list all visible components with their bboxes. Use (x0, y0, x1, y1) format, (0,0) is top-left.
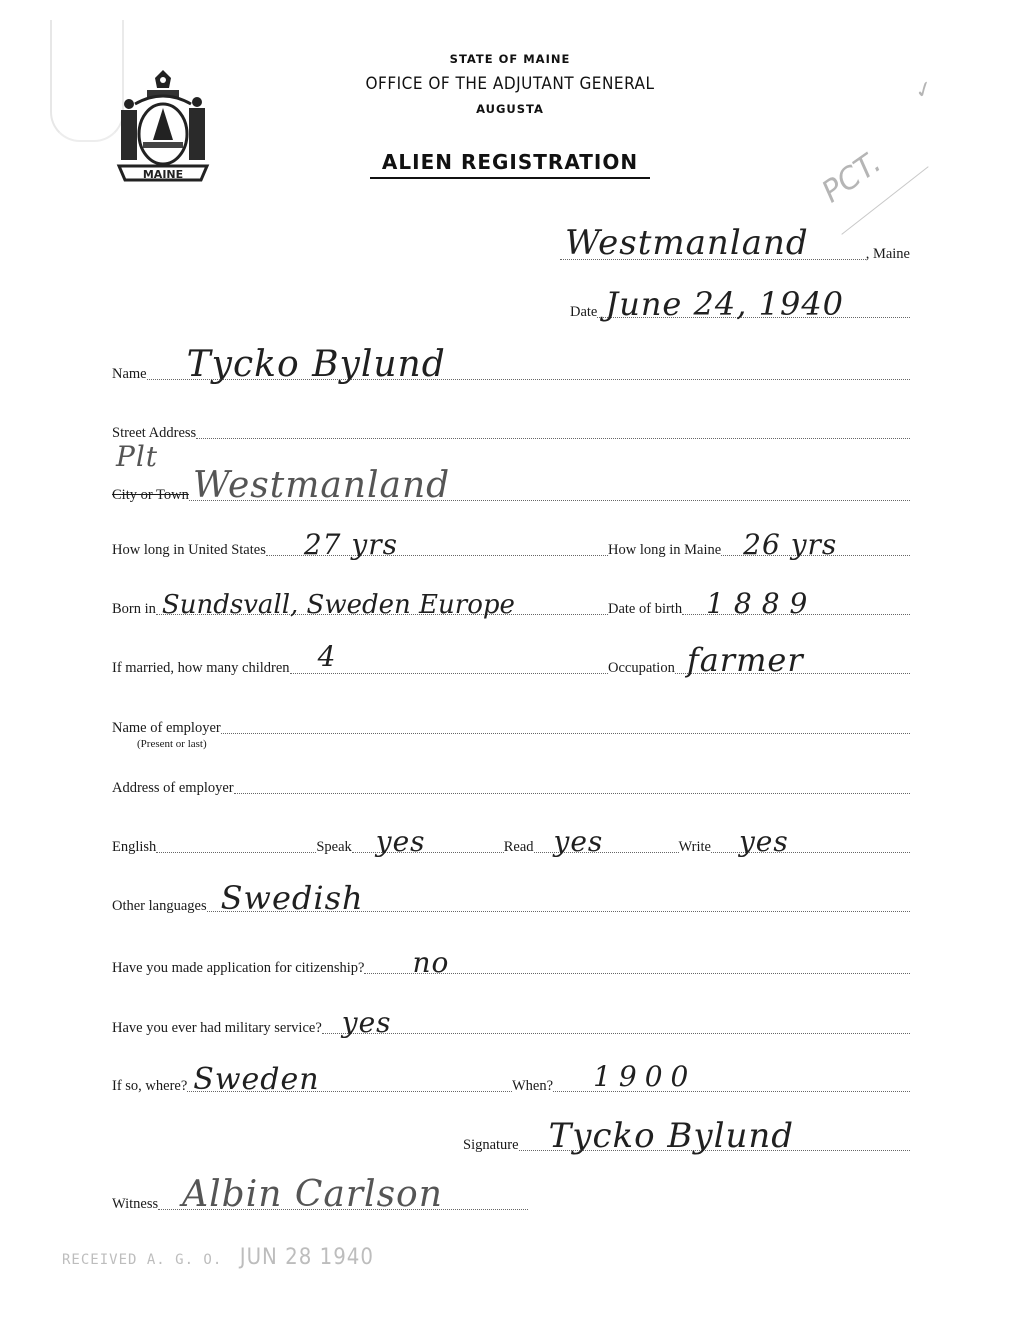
where-label: If so, where? (112, 1078, 187, 1095)
header-city: AUGUSTA (330, 102, 690, 116)
born-in-value: Sundsvall, Sweden Europe (162, 590, 515, 620)
citizenship-value: no (412, 946, 449, 979)
military-service-value: yes (342, 1006, 392, 1039)
military-service-field[interactable]: Have you ever had military service? yes (112, 1020, 910, 1037)
english-label: English (112, 839, 156, 856)
city-or-town-field[interactable]: City or Town Westmanland (112, 487, 910, 504)
town-suffix: , Maine (866, 246, 910, 263)
citizenship-label: Have you made application for citizenshi… (112, 960, 364, 977)
received-stamp-text: RECEIVED A. G. O. (62, 1252, 222, 1268)
occupation-label: Occupation (608, 660, 675, 677)
name-field[interactable]: Name Tycko Bylund (112, 366, 910, 383)
how-long-us-field[interactable]: How long in United States 27 yrs (112, 542, 608, 559)
date-of-birth-field[interactable]: Date of birth 1889 (608, 601, 910, 618)
english-field[interactable]: English Speak yes Read yes Write yes (112, 839, 910, 856)
name-value: Tycko Bylund (187, 344, 446, 385)
military-service-label: Have you ever had military service? (112, 1020, 322, 1037)
date-field[interactable]: Date June 24, 1940 (570, 304, 910, 321)
signature-label: Signature (463, 1137, 519, 1154)
witness-label: Witness (112, 1196, 158, 1213)
speak-label: Speak (316, 839, 351, 856)
other-languages-field[interactable]: Other languages Swedish (112, 898, 910, 915)
how-long-maine-value: 26 yrs (743, 528, 837, 561)
when-field[interactable]: When? 1900 (512, 1078, 910, 1095)
check-mark-icon: ✓ (911, 76, 937, 106)
header-state: STATE OF MAINE (330, 52, 690, 66)
how-long-us-value: 27 yrs (304, 528, 398, 561)
how-long-us-label: How long in United States (112, 542, 266, 559)
city-or-town-value: Westmanland (193, 465, 450, 506)
employer-name-sublabel: (Present or last) (137, 738, 207, 750)
citizenship-field[interactable]: Have you made application for citizenshi… (112, 960, 910, 977)
children-value: 4 (318, 640, 337, 673)
header-office: OFFICE OF THE ADJUTANT GENERAL (300, 74, 720, 94)
employer-address-field[interactable]: Address of employer (112, 780, 910, 797)
read-label: Read (504, 839, 534, 856)
occupation-field[interactable]: Occupation farmer (608, 660, 910, 677)
how-long-maine-field[interactable]: How long in Maine 26 yrs (608, 542, 910, 559)
witness-field[interactable]: Witness Albin Carlson (112, 1196, 528, 1213)
received-stamp-date: JUN 28 1940 (240, 1245, 374, 1270)
pencil-annotation: PCT. (816, 145, 888, 210)
witness-value: Albin Carlson (182, 1174, 443, 1215)
born-in-field[interactable]: Born in Sundsvall, Sweden Europe (112, 601, 608, 618)
received-stamp: RECEIVED A. G. O. JUN 28 1940 (62, 1245, 374, 1270)
plantation-note: Plt (116, 440, 158, 473)
signature-value: Tycko Bylund (549, 1116, 794, 1156)
when-label: When? (512, 1078, 553, 1095)
speak-value: yes (376, 825, 426, 858)
employer-name-field[interactable]: Name of employer (112, 720, 910, 737)
read-value: yes (554, 825, 604, 858)
employer-address-label: Address of employer (112, 780, 234, 797)
street-address-field[interactable]: Street Address (112, 425, 910, 442)
name-label: Name (112, 366, 147, 383)
town-value: Westmanland (565, 223, 809, 263)
other-languages-value: Swedish (221, 879, 364, 917)
occupation-value: farmer (687, 641, 804, 679)
town-field[interactable]: Westmanland , Maine (560, 246, 910, 263)
maine-state-seal-icon: MAINE (113, 68, 213, 186)
city-or-town-label: City or Town (112, 487, 189, 504)
children-field[interactable]: If married, how many children 4 (112, 660, 608, 677)
date-of-birth-label: Date of birth (608, 601, 682, 618)
where-value: Sweden (193, 1062, 319, 1097)
other-languages-label: Other languages (112, 898, 207, 915)
date-of-birth-value: 1889 (706, 587, 817, 620)
write-label: Write (679, 839, 711, 856)
children-label: If married, how many children (112, 660, 290, 677)
where-field[interactable]: If so, where? Sweden (112, 1078, 512, 1095)
write-value: yes (739, 825, 789, 858)
date-label: Date (570, 304, 597, 321)
employer-name-label: Name of employer (112, 720, 221, 737)
page-title: ALIEN REGISTRATION (370, 150, 650, 179)
how-long-maine-label: How long in Maine (608, 542, 721, 559)
born-in-label: Born in (112, 601, 156, 618)
date-value: June 24, 1940 (605, 285, 844, 323)
when-value: 1900 (593, 1060, 696, 1093)
svg-text:MAINE: MAINE (143, 168, 183, 181)
signature-field[interactable]: Signature Tycko Bylund (463, 1137, 910, 1154)
